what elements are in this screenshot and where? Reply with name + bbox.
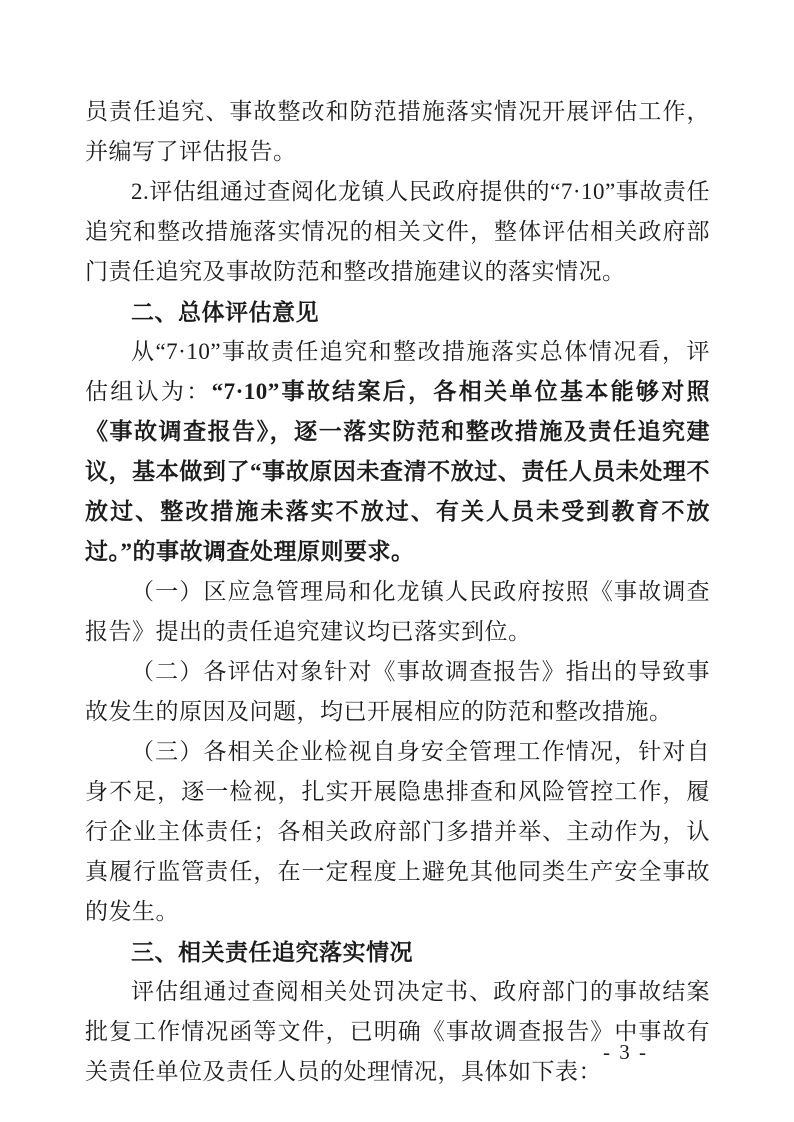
- section-heading: 三、相关责任追究落实情况: [85, 932, 710, 972]
- text-segment: （二）各评估对象针对《事故调查报告》指出的导致事故发生的原因及问题，均已开展相应…: [85, 659, 710, 724]
- text-segment: （一）区应急管理局和化龙镇人民政府按照《事故调查报告》提出的责任追究建议均已落实…: [85, 579, 710, 644]
- body-paragraph: （一）区应急管理局和化龙镇人民政府按照《事故调查报告》提出的责任追究建议均已落实…: [85, 572, 710, 652]
- page-number: - 3 -: [603, 1038, 648, 1066]
- text-segment: 员责任追究、事故整改和防范措施落实情况开展评估工作，并编写了评估报告。: [85, 99, 710, 164]
- body-paragraph: 评估组通过查阅相关处罚决定书、政府部门的事故结案批复工作情况函等文件，已明确《事…: [85, 972, 710, 1092]
- text-segment: 2.评估组通过查阅化龙镇人民政府提供的“7·10”事故责任追究和整改措施落实情况…: [85, 179, 710, 284]
- text-segment: “7·10”事故结案后，各相关单位基本能够对照《事故调查报告》，逐一落实防范和整…: [85, 379, 710, 564]
- body-paragraph: （二）各评估对象针对《事故调查报告》指出的导致事故发生的原因及问题，均已开展相应…: [85, 652, 710, 732]
- text-segment: 二、总体评估意见: [131, 299, 319, 325]
- document-page: 员责任追究、事故整改和防范措施落实情况开展评估工作，并编写了评估报告。2.评估组…: [0, 0, 794, 1122]
- document-body: 员责任追究、事故整改和防范措施落实情况开展评估工作，并编写了评估报告。2.评估组…: [85, 92, 710, 1092]
- body-paragraph: 从“7·10”事故责任追究和整改措施落实总体情况看，评估组认为：“7·10”事故…: [85, 332, 710, 572]
- text-segment: 评估组通过查阅相关处罚决定书、政府部门的事故结案批复工作情况函等文件，已明确《事…: [85, 979, 710, 1084]
- body-paragraph: 2.评估组通过查阅化龙镇人民政府提供的“7·10”事故责任追究和整改措施落实情况…: [85, 172, 710, 292]
- section-heading: 二、总体评估意见: [85, 292, 710, 332]
- text-segment: （三）各相关企业检视自身安全管理工作情况，针对自身不足，逐一检视，扎实开展隐患排…: [85, 739, 710, 924]
- body-paragraph: （三）各相关企业检视自身安全管理工作情况，针对自身不足，逐一检视，扎实开展隐患排…: [85, 732, 710, 932]
- body-paragraph: 员责任追究、事故整改和防范措施落实情况开展评估工作，并编写了评估报告。: [85, 92, 710, 172]
- text-segment: 三、相关责任追究落实情况: [131, 939, 413, 965]
